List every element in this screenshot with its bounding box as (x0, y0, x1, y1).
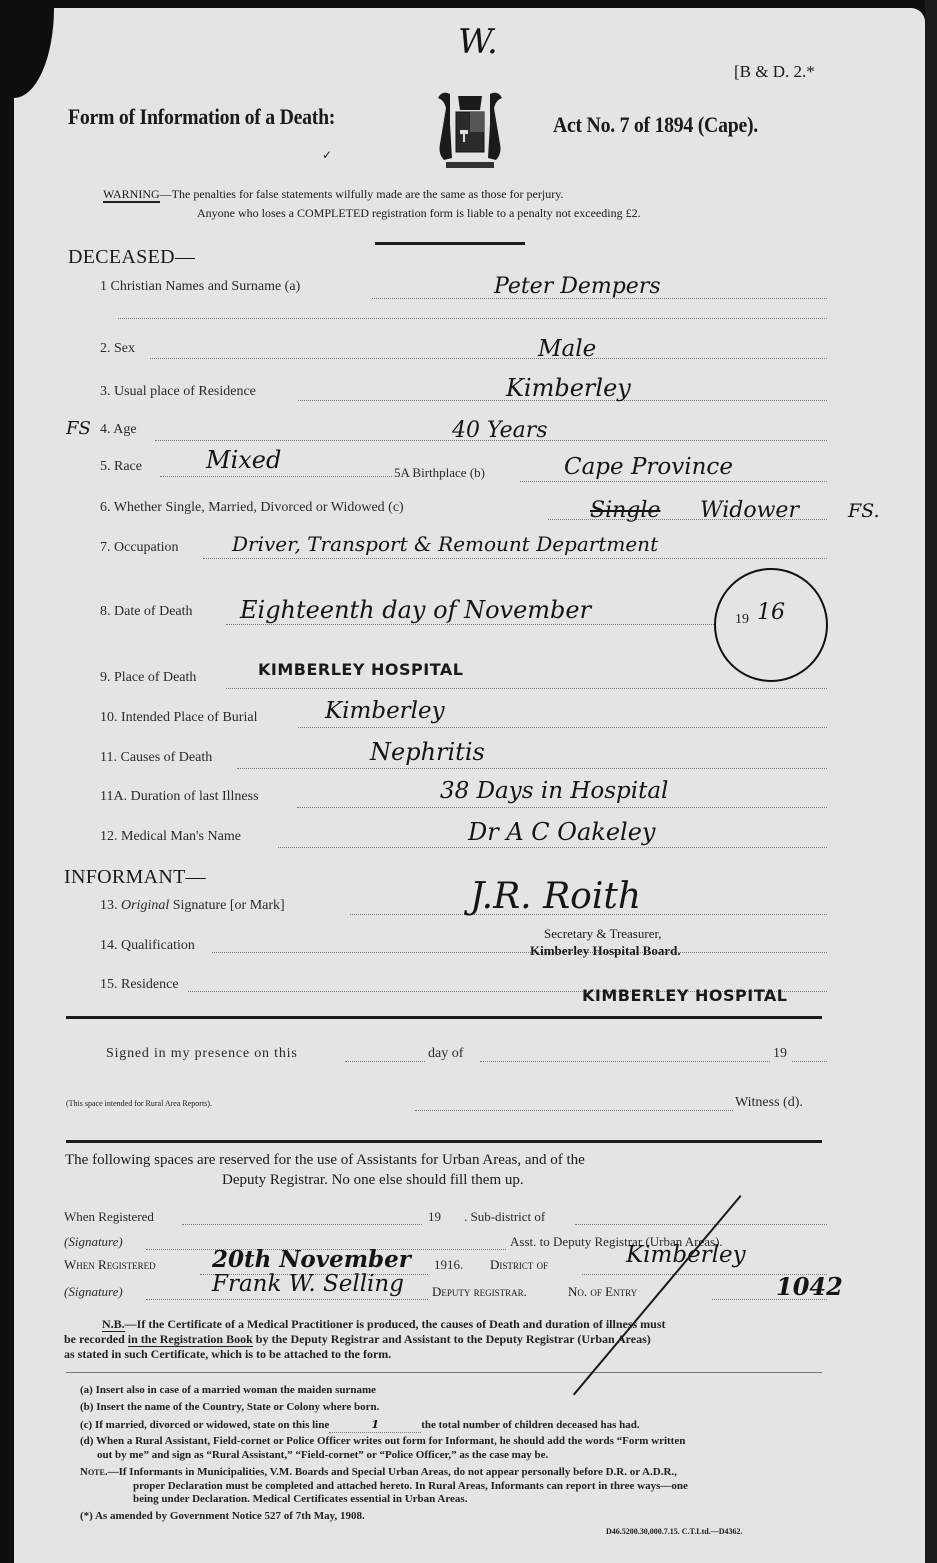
registrar-signature-line (146, 1299, 428, 1300)
entry-number-label: No. of Entry (568, 1284, 637, 1300)
field-2-line (150, 358, 827, 359)
field-8-line (226, 624, 714, 625)
signature-label-1: (Signature) (64, 1234, 123, 1250)
field-14-line (212, 952, 827, 953)
witness-day-line (345, 1061, 425, 1062)
warning-text: WARNING—The penalties for false statemen… (103, 187, 563, 202)
deceased-race[interactable]: Mixed (206, 446, 281, 474)
day-of-label: day of (428, 1046, 463, 1062)
when-registered-label-1: When Registered (64, 1209, 154, 1225)
scan-shadow (14, 8, 54, 98)
field-5a-line (520, 481, 827, 482)
marital-status[interactable]: Widower (700, 498, 799, 523)
field-7-line (203, 558, 827, 559)
illness-duration[interactable]: 38 Days in Hospital (440, 778, 668, 804)
when-registered-label-2: When Registered (64, 1257, 156, 1273)
note-line-1: Note.—If Informants in Municipalities, V… (80, 1465, 677, 1480)
sub-district-label: . Sub-district of (464, 1209, 545, 1225)
top-initial: W. (458, 22, 498, 62)
section-divider-3 (66, 1372, 822, 1373)
informant-residence-stamp[interactable]: KIMBERLEY HOSPITAL (582, 986, 787, 1005)
printer-code: D46.5200.30,000.7.15. C.T.Ltd.—D4362. (606, 1527, 743, 1536)
footnote-a: (a) Insert also in case of a married wom… (80, 1383, 376, 1398)
section-divider-2 (66, 1140, 822, 1143)
deceased-sex[interactable]: Male (538, 336, 596, 362)
field-13-label: 13. Original Signature [or Mark] (100, 898, 285, 914)
form-code: [B & D. 2.* (734, 62, 815, 82)
field-1-line-2 (118, 318, 827, 319)
footnote-d-2: out by me” and sign as “Rural Assistant,… (97, 1448, 548, 1463)
correction-initials: FS. (848, 500, 880, 522)
entry-number[interactable]: 1042 (776, 1272, 843, 1301)
field-14-label: 14. Qualification (100, 938, 195, 954)
field-12-label: 12. Medical Man's Name (100, 829, 241, 845)
registration-year[interactable]: 1916. (434, 1257, 463, 1273)
qualification-line-2[interactable]: Kimberley Hospital Board. (530, 943, 681, 959)
place-of-burial[interactable]: Kimberley (325, 698, 445, 724)
place-of-death-stamp[interactable]: KIMBERLEY HOSPITAL (258, 660, 463, 679)
registration-date[interactable]: 20th November (212, 1246, 411, 1273)
registration-district[interactable]: Kimberley (626, 1242, 746, 1268)
field-12-line (278, 847, 827, 848)
signed-presence-label: Signed in my presence on this (106, 1046, 298, 1062)
reserved-notice-line-1: The following spaces are reserved for th… (65, 1152, 585, 1169)
deceased-age[interactable]: 40 Years (452, 418, 548, 443)
deceased-residence[interactable]: Kimberley (506, 374, 631, 402)
field-5-line (160, 476, 392, 477)
header-divider (375, 242, 525, 245)
nb-line-2: be recorded in the Registration Book by … (64, 1332, 651, 1347)
field-11-line (237, 768, 827, 769)
field-7-label: 7. Occupation (100, 540, 179, 556)
field-8-label: 8. Date of Death (100, 604, 193, 620)
coat-of-arms-icon (420, 84, 520, 170)
row1-year: 19 (428, 1209, 441, 1225)
signature-label-2: (Signature) (64, 1284, 123, 1300)
act-reference: Act No. 7 of 1894 (Cape). (553, 112, 758, 138)
deputy-registrar-label: Deputy registrar. (432, 1284, 527, 1300)
margin-initials: FS (66, 418, 91, 439)
children-deceased-value: 1 (329, 1417, 421, 1433)
rural-area-note: (This space intended for Rural Area Repo… (66, 1099, 212, 1108)
field-10-line (298, 727, 827, 728)
district-label: District of (490, 1257, 548, 1273)
footnote-c: (c) If married, divorced or widowed, sta… (80, 1417, 640, 1433)
nb-line-3: as stated in such Certificate, which is … (64, 1347, 391, 1362)
field-11a-line (297, 807, 827, 808)
cause-of-death[interactable]: Nephritis (370, 738, 485, 766)
warning-line-1: —The penalties for false statements wilf… (160, 187, 564, 201)
field-10-label: 10. Intended Place of Burial (100, 710, 257, 726)
year-prefix: 19 (735, 612, 749, 628)
witness-year-line (792, 1061, 827, 1062)
field-9-label: 9. Place of Death (100, 670, 196, 686)
scan-edge-right (925, 0, 937, 1563)
marital-status-struck: Single (590, 498, 660, 523)
witness-label: Witness (d). (735, 1095, 803, 1111)
deceased-birthplace[interactable]: Cape Province (564, 454, 733, 480)
field-11a-label: 11A. Duration of last Illness (100, 789, 259, 805)
witness-year-prefix: 19 (773, 1046, 787, 1062)
footnote-b: (b) Insert the name of the Country, Stat… (80, 1400, 379, 1415)
medical-man-name[interactable]: Dr A C Oakeley (468, 818, 655, 846)
deceased-heading: DECEASED— (68, 246, 195, 269)
field-11-label: 11. Causes of Death (100, 750, 212, 766)
amendment-note: (*) As amended by Government Notice 527 … (80, 1509, 365, 1524)
footnote-d-1: (d) When a Rural Assistant, Field-cornet… (80, 1434, 685, 1449)
field-9-line (226, 688, 827, 689)
deceased-occupation[interactable]: Driver, Transport & Remount Department (232, 532, 658, 556)
field-15-label: 15. Residence (100, 977, 179, 993)
witness-signature-line (415, 1110, 733, 1111)
registrar-signature[interactable]: Frank W. Selling (212, 1271, 404, 1297)
deceased-name[interactable]: Peter Dempers (494, 274, 661, 299)
qualification-line-1[interactable]: Secretary & Treasurer, (544, 926, 662, 942)
reserved-notice-line-2: Deputy Registrar. No one else should fil… (222, 1172, 524, 1189)
field-3-label: 3. Usual place of Residence (100, 384, 256, 400)
field-5a-label: 5A Birthplace (b) (394, 465, 485, 481)
nb-line-1: N.B.—If the Certificate of a Medical Pra… (102, 1317, 666, 1332)
form-title: Form of Information of a Death: (68, 104, 335, 130)
field-2-label: 2. Sex (100, 341, 135, 357)
tick-mark: ✓ (322, 148, 332, 163)
field-5-label: 5. Race (100, 459, 142, 475)
sub-district-line (575, 1224, 827, 1225)
when-registered-line-1 (182, 1224, 422, 1225)
warning-label: WARNING (103, 187, 160, 203)
informant-heading: INFORMANT— (64, 866, 206, 889)
field-6-label: 6. Whether Single, Married, Divorced or … (100, 500, 404, 516)
field-4-label: 4. Age (100, 422, 137, 438)
note-line-3: being under Declaration. Medical Certifi… (133, 1492, 467, 1507)
year-of-death[interactable]: 16 (757, 600, 785, 625)
field-1-label: 1 Christian Names and Surname (a) (100, 279, 300, 295)
year-circle (714, 568, 828, 682)
date-of-death[interactable]: Eighteenth day of November (240, 596, 591, 624)
informant-signature[interactable]: J.R. Roith (470, 876, 641, 917)
warning-line-2: Anyone who loses a COMPLETED registratio… (197, 206, 641, 221)
witness-month-line (480, 1061, 770, 1062)
section-divider-1 (66, 1016, 822, 1019)
